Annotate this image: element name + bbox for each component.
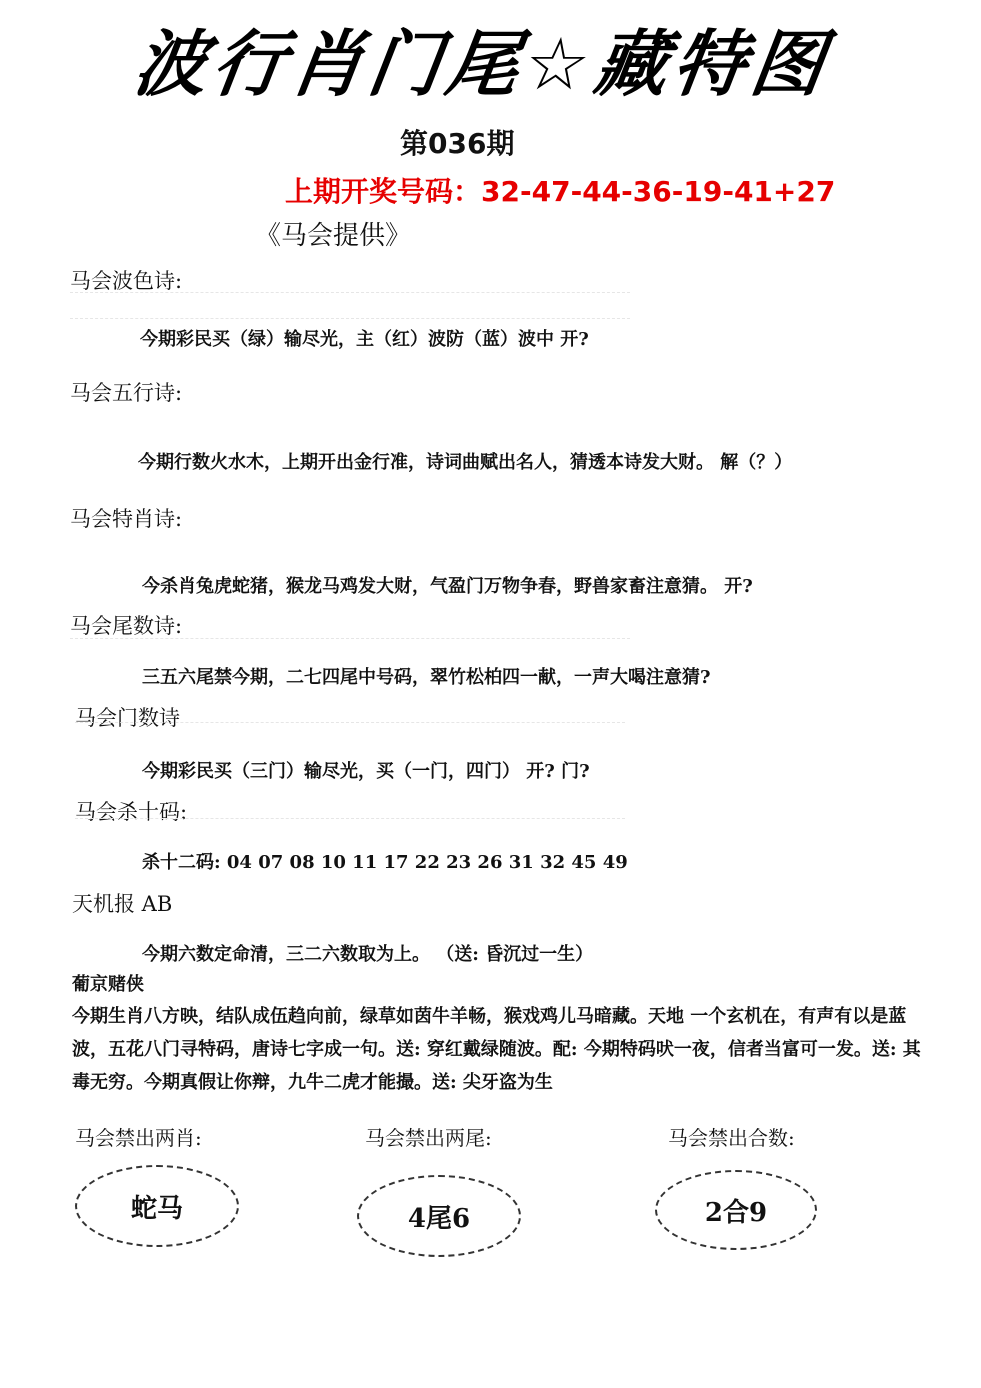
ban-value-zodiac: 蛇马 bbox=[75, 1165, 239, 1247]
last-draw-label: 上期开奖号码： bbox=[285, 175, 481, 208]
ban-sum-text: 2合9 bbox=[705, 1192, 767, 1229]
poem-five-elements: 今期行数火水木，上期开出金行准，诗词曲赋出名人，猜透本诗发大财。 解（？） bbox=[138, 448, 792, 474]
ban-label-tail: 马会禁出两尾: bbox=[365, 1122, 492, 1151]
section-label-wave-color: 马会波色诗: bbox=[70, 265, 182, 295]
section-label-special-zodiac: 马会特肖诗: bbox=[70, 503, 182, 533]
divider bbox=[70, 292, 630, 294]
page-title: 波行肖门尾☆藏特图 bbox=[130, 28, 835, 100]
ban-label-sum: 马会禁出合数: bbox=[668, 1122, 795, 1151]
section-label-tianji: 天机报 AB bbox=[72, 888, 172, 918]
ban-value-sum: 2合9 bbox=[655, 1170, 817, 1250]
poem-special-zodiac: 今杀肖兔虎蛇猪，猴龙马鸡发大财，气盈门万物争春，野兽家畜注意猜。 开? bbox=[142, 572, 753, 598]
divider bbox=[70, 638, 630, 640]
ban-label-zodiac: 马会禁出两肖: bbox=[75, 1122, 202, 1151]
puzhou-paragraph: 今期生肖八方映，结队成伍趋向前，绿草如茵牛羊畅，猴戏鸡儿马暗藏。天地 一个玄机在… bbox=[72, 1000, 932, 1099]
provider-note: 《马会提供》 bbox=[255, 215, 411, 252]
last-draw-results: 上期开奖号码：32-47-44-36-19-41+27 bbox=[285, 170, 835, 210]
section-label-kill-numbers: 马会杀十码: bbox=[75, 796, 187, 826]
section-label-puzhou: 葡京赌侠 bbox=[72, 970, 144, 996]
section-label-tail-number: 马会尾数诗: bbox=[70, 610, 182, 640]
poem-door-number: 今期彩民买（三门）输尽光，买（一门，四门） 开? 门? bbox=[142, 757, 590, 783]
ban-tail-text: 4尾6 bbox=[408, 1198, 470, 1235]
ban-zodiac-text: 蛇马 bbox=[131, 1188, 183, 1225]
ban-value-tail: 4尾6 bbox=[357, 1175, 521, 1257]
section-label-door-number: 马会门数诗 bbox=[75, 702, 180, 732]
issue-number: 第036期 bbox=[400, 122, 514, 162]
last-draw-numbers: 32-47-44-36-19-41+27 bbox=[481, 175, 835, 208]
poem-tail-number: 三五六尾禁今期，二七四尾中号码，翠竹松柏四一献，一声大喝注意猜? bbox=[142, 663, 711, 689]
divider bbox=[75, 818, 625, 820]
divider bbox=[70, 318, 630, 320]
poem-tianji: 今期六数定命清，三二六数取为上。 （送: 昏沉过一生） bbox=[142, 940, 593, 966]
section-label-five-elements: 马会五行诗: bbox=[70, 377, 182, 407]
divider bbox=[75, 722, 625, 724]
poem-wave-color: 今期彩民买（绿）输尽光，主（红）波防（蓝）波中 开? bbox=[140, 325, 589, 351]
kill-numbers-list: 杀十二码: 04 07 08 10 11 17 22 23 26 31 32 4… bbox=[142, 848, 628, 874]
